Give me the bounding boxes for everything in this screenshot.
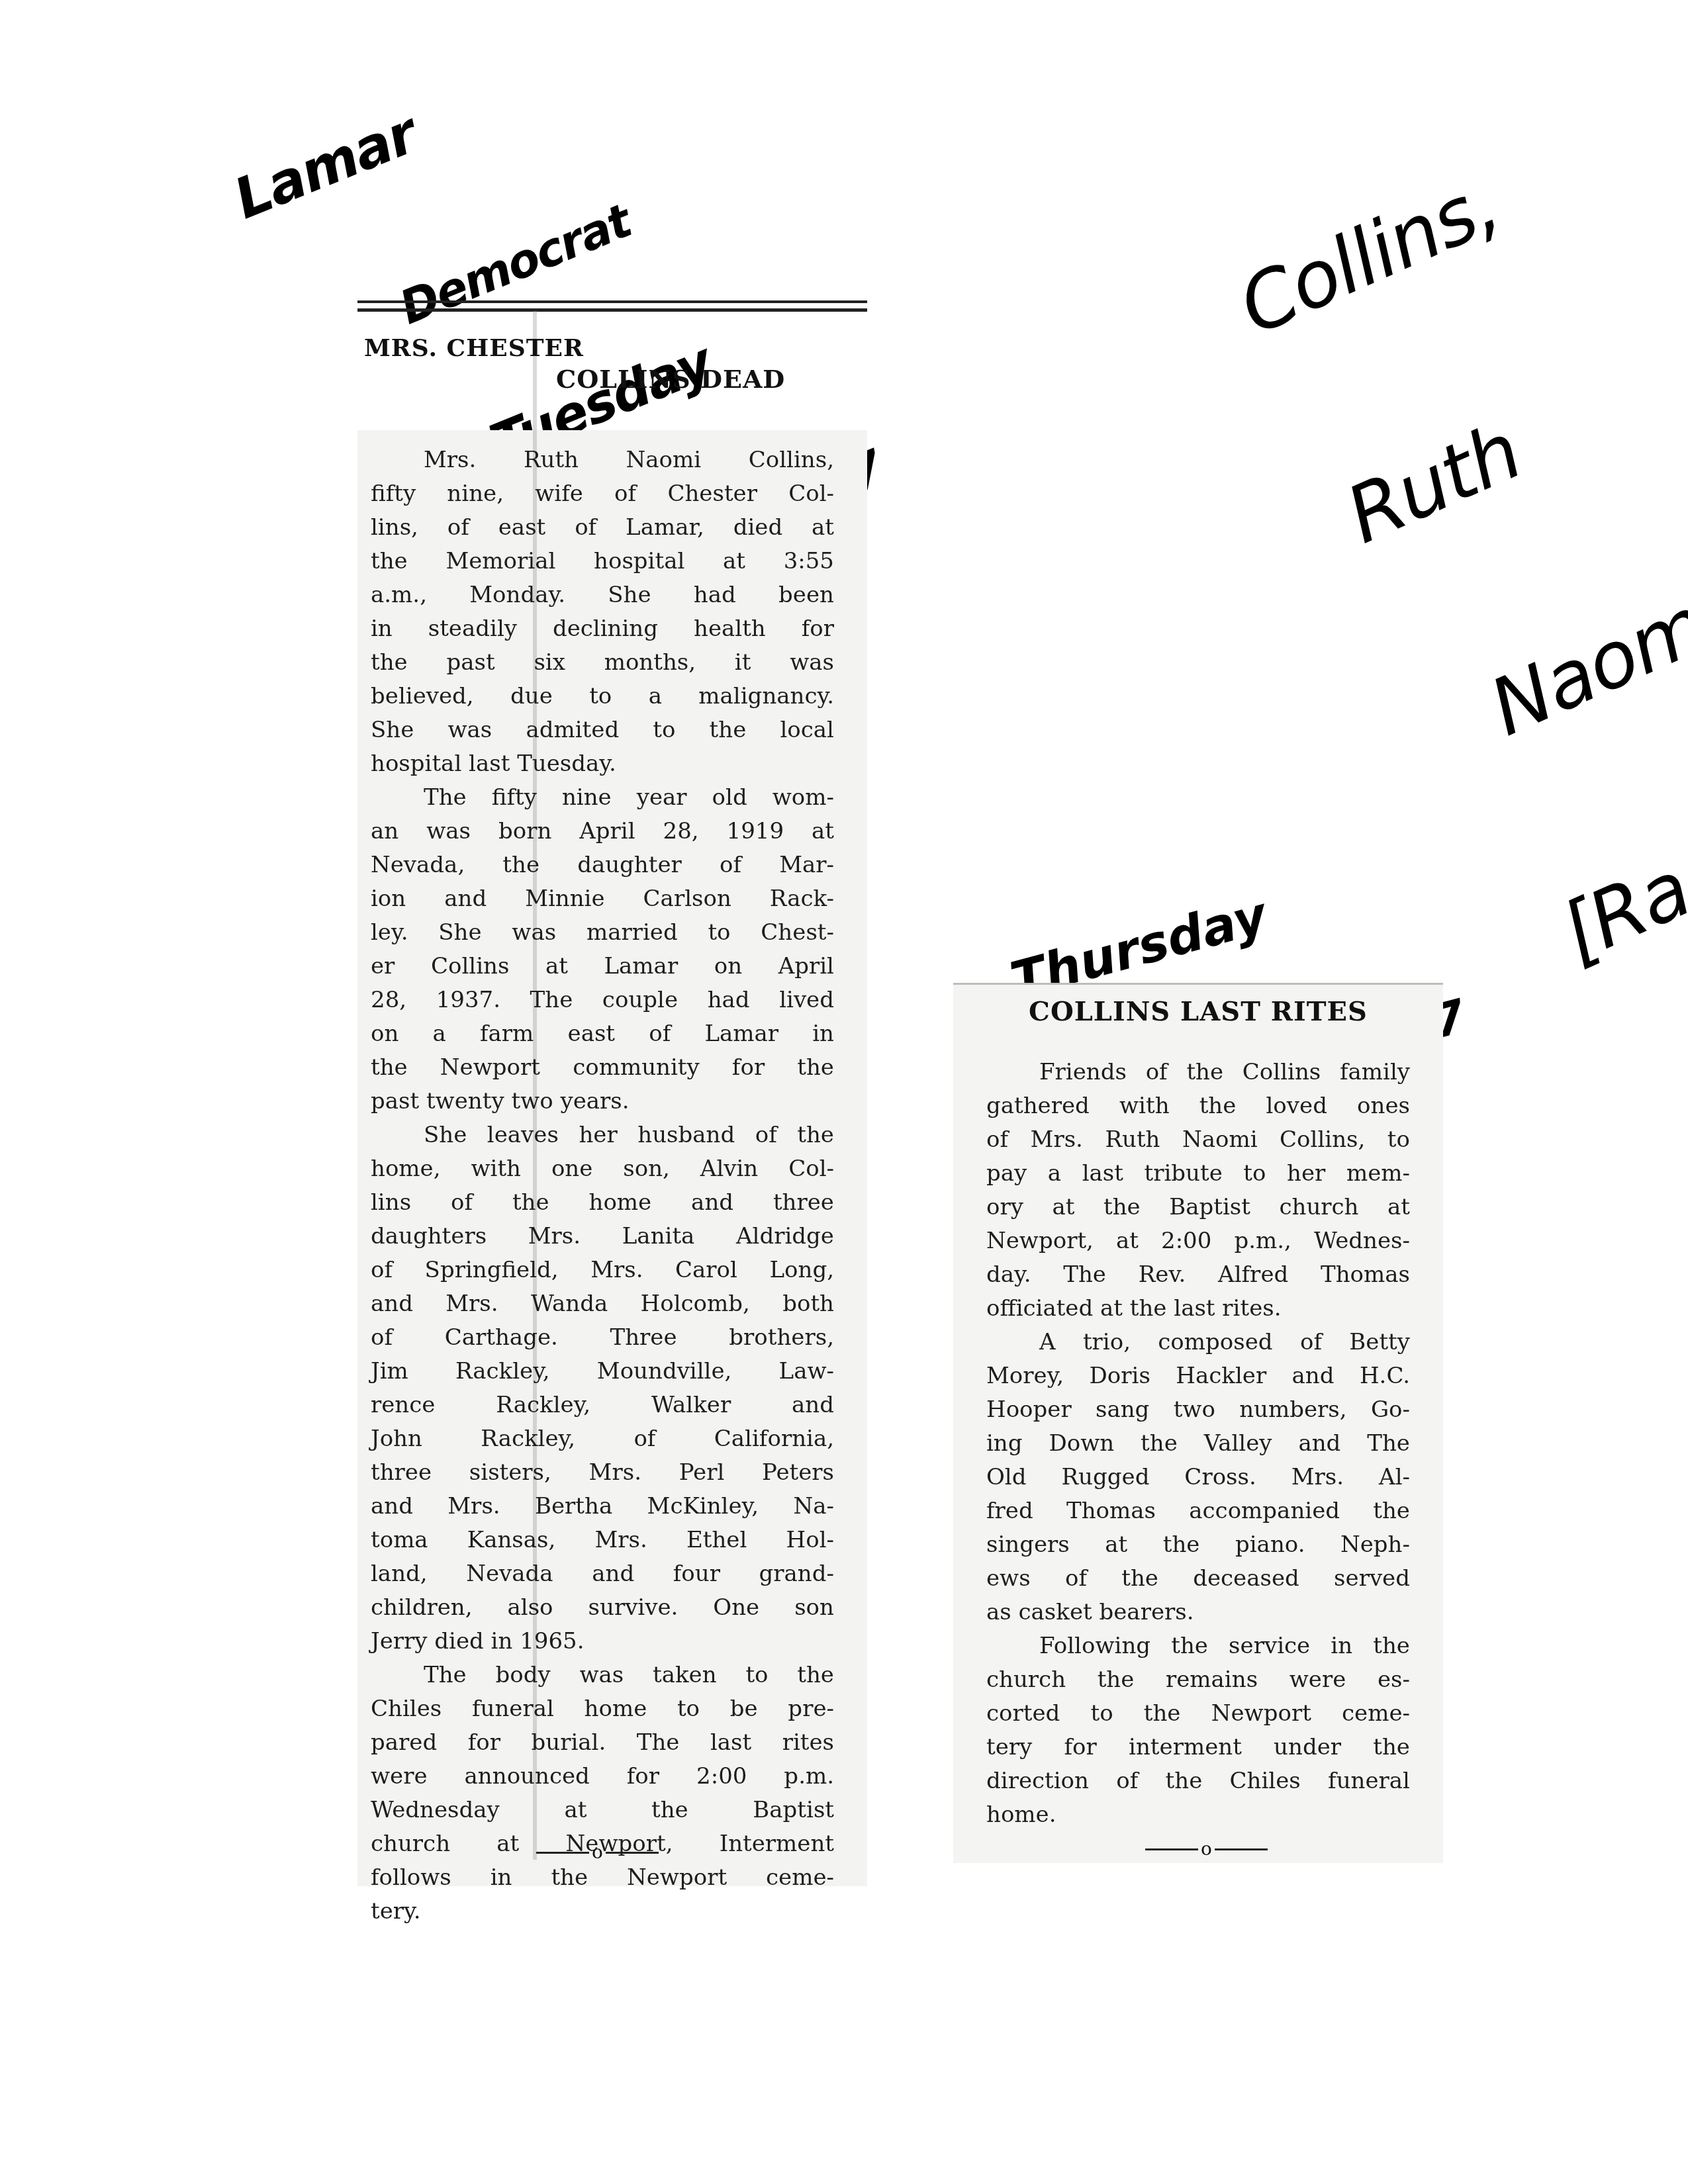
text-line: The fifty nine year old wom- bbox=[371, 781, 834, 815]
text-line: lins, of east of Lamar, died at bbox=[371, 511, 834, 545]
text-line: of Carthage. Three brothers, bbox=[371, 1321, 834, 1355]
clipping-edge bbox=[953, 983, 1443, 985]
paragraph: The body was taken to theChiles funeral … bbox=[371, 1659, 834, 1929]
text-line: home, with one son, Alvin Col- bbox=[371, 1152, 834, 1186]
text-line: ley. She was married to Chest- bbox=[371, 916, 834, 950]
text-line: tery for interment under the bbox=[986, 1731, 1410, 1764]
text-line: three sisters, Mrs. Perl Peters bbox=[371, 1456, 834, 1490]
text-line: and Mrs. Bertha McKinley, Na- bbox=[371, 1490, 834, 1524]
text-line: Newport, at 2:00 p.m., Wednes- bbox=[986, 1224, 1410, 1258]
text-line: singers at the piano. Neph- bbox=[986, 1528, 1410, 1562]
paragraph: The fifty nine year old wom-an was born … bbox=[371, 781, 834, 1118]
text-line: of Mrs. Ruth Naomi Collins, to bbox=[986, 1123, 1410, 1157]
text-line: toma Kansas, Mrs. Ethel Hol- bbox=[371, 1524, 834, 1557]
handwritten-line: Ruth bbox=[1336, 328, 1688, 555]
text-line: Following the service in the bbox=[986, 1629, 1410, 1663]
end-mark: o bbox=[1145, 1840, 1268, 1858]
headline-rule bbox=[357, 298, 867, 314]
text-line: Friends of the Collins family bbox=[986, 1056, 1410, 1089]
text-line: pay a last tribute to her mem- bbox=[986, 1157, 1410, 1191]
text-line: Jim Rackley, Moundville, Law- bbox=[371, 1355, 834, 1388]
text-line: and Mrs. Wanda Holcomb, both bbox=[371, 1287, 834, 1321]
text-line: children, also survive. One son bbox=[371, 1591, 834, 1625]
text-line: ews of the deceased served bbox=[986, 1562, 1410, 1596]
paragraph: Friends of the Collins familygathered wi… bbox=[986, 1056, 1410, 1326]
text-line: home. bbox=[986, 1798, 1410, 1832]
text-line: the Newport community for the bbox=[371, 1051, 834, 1085]
text-line: She was admited to the local bbox=[371, 713, 834, 747]
text-line: officiated at the last rites. bbox=[986, 1292, 1410, 1326]
text-line: ion and Minnie Carlson Rack- bbox=[371, 882, 834, 916]
paragraph: She leaves her husband of thehome, with … bbox=[371, 1118, 834, 1659]
obituary-clipping: MRS. CHESTER COLLINS DEAD Mrs. Ruth Naom… bbox=[357, 298, 867, 1886]
text-line: land, Nevada and four grand- bbox=[371, 1557, 834, 1591]
text-line: church the remains were es- bbox=[986, 1663, 1410, 1697]
text-line: lins of the home and three bbox=[371, 1186, 834, 1220]
text-line: in steadily declining health for bbox=[371, 612, 834, 646]
text-line: daughters Mrs. Lanita Aldridge bbox=[371, 1220, 834, 1253]
text-line: a.m., Monday. She had been bbox=[371, 578, 834, 612]
text-line: tery. bbox=[371, 1895, 834, 1929]
text-line: er Collins at Lamar on April bbox=[371, 950, 834, 983]
text-line: She leaves her husband of the bbox=[371, 1118, 834, 1152]
text-line: gathered with the loved ones bbox=[986, 1089, 1410, 1123]
text-line: pared for burial. The last rites bbox=[371, 1726, 834, 1760]
headline: COLLINS LAST RITES bbox=[953, 996, 1443, 1027]
text-line: John Rackley, of California, bbox=[371, 1422, 834, 1456]
handwritten-line: [Rackley] bbox=[1551, 756, 1688, 972]
text-line: corted to the Newport ceme- bbox=[986, 1697, 1410, 1731]
text-line: rence Rackley, Walker and bbox=[371, 1388, 834, 1422]
text-line: believed, due to a malignancy. bbox=[371, 680, 834, 713]
article-body: Friends of the Collins familygathered wi… bbox=[986, 1056, 1410, 1832]
text-line: direction of the Chiles funeral bbox=[986, 1764, 1410, 1798]
text-line: fifty nine, wife of Chester Col- bbox=[371, 477, 834, 511]
text-line: hospital last Tuesday. bbox=[371, 747, 834, 781]
text-line: past twenty two years. bbox=[371, 1085, 834, 1118]
text-line: A trio, composed of Betty bbox=[986, 1326, 1410, 1359]
headline: COLLINS DEAD bbox=[556, 364, 785, 394]
handwritten-line: Collins, bbox=[1229, 114, 1621, 347]
text-line: Chiles funeral home to be pre- bbox=[371, 1692, 834, 1726]
text-line: on a farm east of Lamar in bbox=[371, 1017, 834, 1051]
text-line: Mrs. Ruth Naomi Collins, bbox=[371, 443, 834, 477]
text-line: ing Down the Valley and The bbox=[986, 1427, 1410, 1461]
text-line: were announced for 2:00 p.m. bbox=[371, 1760, 834, 1794]
text-line: Hooper sang two numbers, Go- bbox=[986, 1393, 1410, 1427]
article-body: Mrs. Ruth Naomi Collins,fifty nine, wife… bbox=[371, 443, 834, 1929]
last-rites-clipping: COLLINS LAST RITES Friends of the Collin… bbox=[953, 983, 1443, 1863]
text-line: Jerry died in 1965. bbox=[371, 1625, 834, 1659]
text-line: the past six months, it was bbox=[371, 646, 834, 680]
text-line: of Springfield, Mrs. Carol Long, bbox=[371, 1253, 834, 1287]
headline: MRS. CHESTER bbox=[364, 334, 584, 362]
text-line: Old Rugged Cross. Mrs. Al- bbox=[986, 1461, 1410, 1494]
handwritten-line: Naomi bbox=[1479, 543, 1688, 748]
text-line: Morey, Doris Hackler and H.C. bbox=[986, 1359, 1410, 1393]
text-line: fred Thomas accompanied the bbox=[986, 1494, 1410, 1528]
paragraph: A trio, composed of BettyMorey, Doris Ha… bbox=[986, 1326, 1410, 1629]
text-line: the Memorial hospital at 3:55 bbox=[371, 545, 834, 578]
text-line: day. The Rev. Alfred Thomas bbox=[986, 1258, 1410, 1292]
text-line: an was born April 28, 1919 at bbox=[371, 815, 834, 848]
text-line: ory at the Baptist church at bbox=[986, 1191, 1410, 1224]
text-line: The body was taken to the bbox=[371, 1659, 834, 1692]
end-mark: o bbox=[536, 1843, 659, 1862]
paragraph: Mrs. Ruth Naomi Collins,fifty nine, wife… bbox=[371, 443, 834, 781]
text-line: Nevada, the daughter of Mar- bbox=[371, 848, 834, 882]
text-line: Wednesday at the Baptist bbox=[371, 1794, 834, 1827]
text-line: 28, 1937. The couple had lived bbox=[371, 983, 834, 1017]
paragraph: Following the service in thechurch the r… bbox=[986, 1629, 1410, 1832]
text-line: as casket bearers. bbox=[986, 1596, 1410, 1629]
text-line: follows in the Newport ceme- bbox=[371, 1861, 834, 1895]
